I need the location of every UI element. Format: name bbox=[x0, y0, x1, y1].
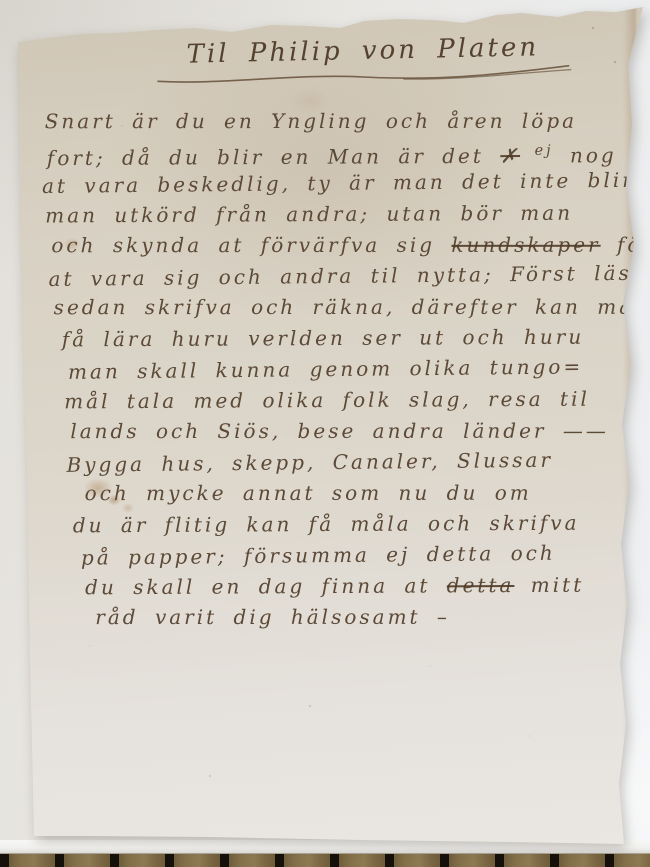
letter-text: mål tala med olika folk slag, resa til bbox=[64, 387, 590, 414]
letter-text: ej bbox=[520, 143, 554, 159]
letter-line: mål tala med olika folk slag, resa til bbox=[64, 383, 620, 417]
letter-text: du skall en dag finna at bbox=[85, 573, 447, 599]
letter-text: man utkörd från andra; utan bör man bbox=[45, 201, 573, 228]
wood-slats bbox=[0, 853, 650, 867]
letter-line: man skall kunna genom olika tungo= bbox=[68, 351, 620, 388]
letter-body: Snart är du en Yngling och åren löpafort… bbox=[39, 104, 622, 634]
letter-line: råd varit dig hälsosamt – bbox=[95, 602, 621, 633]
letter-text: Bygga hus, skepp, Canaler, Slussar bbox=[66, 448, 553, 477]
letter-line: Snart är du en Yngling och åren löpa bbox=[45, 106, 619, 138]
letter-line: du är flitig kan få måla och skrifva bbox=[73, 507, 621, 541]
struck-text: detta bbox=[447, 573, 515, 597]
letter-line: Bygga hus, skepp, Canaler, Slussar bbox=[66, 444, 620, 481]
letter-line: fort; då du blir en Man är det ✗ ej nog bbox=[47, 135, 619, 169]
letter-text: Snart är du en Yngling och åren löpa bbox=[45, 109, 577, 133]
letter-text: sedan skrifva och räkna, därefter kan ma… bbox=[54, 295, 650, 320]
letter-text: lands och Siös, bese andra länder —— bbox=[70, 419, 609, 443]
letter-text: få lära huru verlden ser ut och huru bbox=[62, 325, 584, 352]
letter-line: du skall en dag finna at detta mitt bbox=[85, 569, 621, 603]
letter-text: för bbox=[601, 233, 650, 257]
letter-text: på papper; försumma ej detta och bbox=[81, 541, 556, 570]
letter-text: råd varit dig hälsosamt – bbox=[95, 605, 450, 629]
letter-text: och mycke annat som nu du om bbox=[85, 481, 532, 505]
letter-line: på papper; försumma ej detta och bbox=[81, 537, 621, 574]
letter-text: nog bbox=[554, 143, 617, 167]
struck-text: ✗ bbox=[500, 144, 520, 168]
letter-text: och skynda at förvärfva sig bbox=[51, 233, 451, 257]
letter-line: man utkörd från andra; utan bör man bbox=[45, 197, 619, 231]
letter-text: at vara sig och andra til nytta; Först l… bbox=[48, 261, 650, 291]
letter-line: och mycke annat som nu du om bbox=[85, 478, 621, 509]
letter-line: at vara beskedlig, ty är man det inte bl… bbox=[42, 165, 619, 202]
letter-paper: Til Philip von Platen Snart är du en Yng… bbox=[10, 6, 644, 852]
letter-title-block: Til Philip von Platen bbox=[148, 32, 579, 87]
letter-line: få lära huru verlden ser ut och huru bbox=[62, 321, 620, 355]
letter-text: at vara beskedlig, ty är man det inte bl… bbox=[42, 168, 635, 198]
letter-paper-wrap: Til Philip von Platen Snart är du en Yng… bbox=[10, 6, 644, 852]
letter-text: man skall kunna genom olika tungo= bbox=[68, 354, 583, 383]
letter-line: och skynda at förvärfva sig kundskaper f… bbox=[51, 230, 619, 261]
letter-line: sedan skrifva och räkna, därefter kan ma… bbox=[54, 292, 620, 323]
letter-text: du är flitig kan få måla och skrifva bbox=[73, 511, 580, 538]
letter-text: mitt bbox=[514, 573, 584, 597]
photo-scene: Til Philip von Platen Snart är du en Yng… bbox=[0, 0, 650, 867]
letter-line: lands och Siös, bese andra länder —— bbox=[70, 416, 620, 447]
struck-text: kundskaper bbox=[451, 233, 600, 257]
letter-line: at vara sig och andra til nytta; Först l… bbox=[48, 258, 619, 295]
